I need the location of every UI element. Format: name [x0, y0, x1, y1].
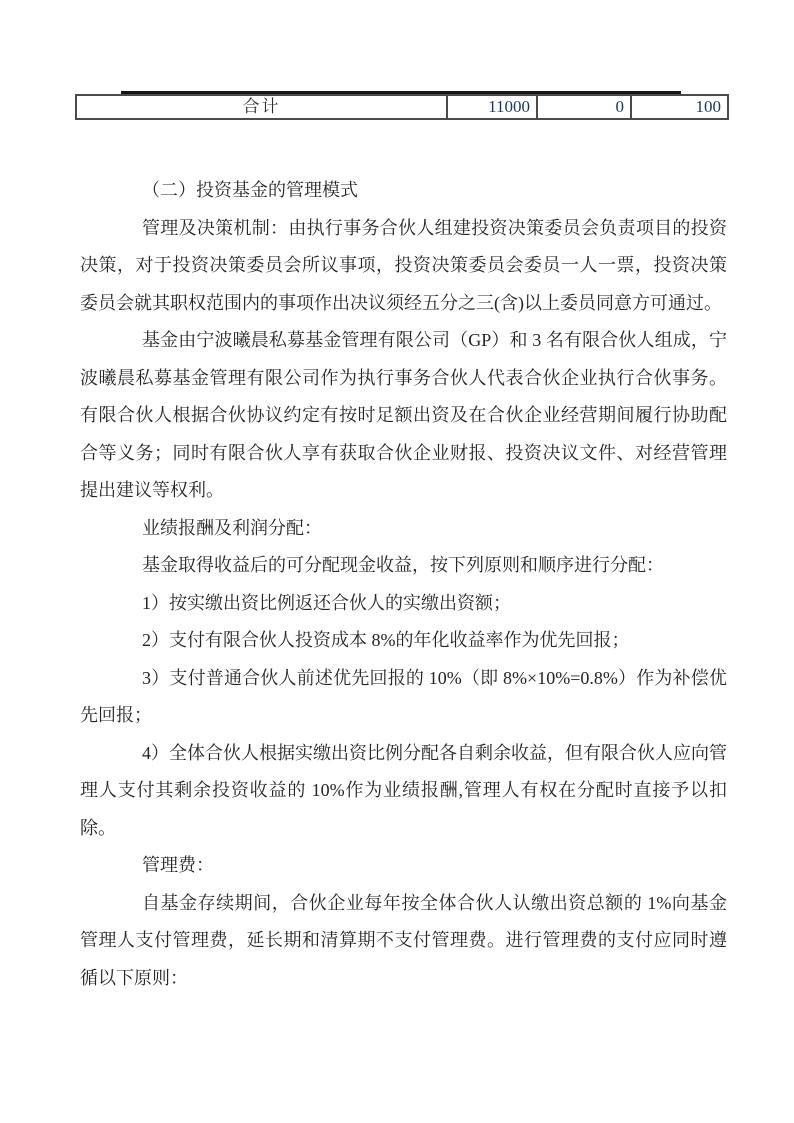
paragraph-item-2: 2）支付有限合伙人投资成本 8%的年化收益率作为优先回报； [80, 622, 727, 660]
paragraph-management-fee-detail: 自基金存续期间，合伙企业每年按全体合伙人认缴出资总额的 1%向基金管理人支付管理… [80, 885, 727, 998]
paragraph-distribution-intro: 基金取得收益后的可分配现金收益，按下列原则和顺序进行分配： [80, 547, 727, 585]
document-body: （二）投资基金的管理模式 管理及决策机制：由执行事务合伙人组建投资决策委员会负责… [80, 172, 727, 997]
paragraph-item-3: 3）支付普通合伙人前述优先回报的 10%（即 8%×10%=0.8%）作为补偿优… [80, 660, 727, 735]
table-cell-ratio: 100 [632, 96, 727, 118]
table-cell-total-label: 合计 [77, 96, 448, 118]
table-cell-paid-amount: 0 [538, 96, 632, 118]
paragraph-management-fee-heading: 管理费： [80, 847, 727, 885]
table-cell-subscribed-amount: 11000 [448, 96, 538, 118]
paragraph-performance-heading: 业绩报酬及利润分配： [80, 510, 727, 548]
document-page: 合计 11000 0 100 （二）投资基金的管理模式 管理及决策机制：由执行事… [0, 0, 794, 1123]
paragraph-fund-composition: 基金由宁波曦晨私募基金管理有限公司（GP）和 3 名有限合伙人组成，宁波曦晨私募… [80, 322, 727, 510]
section-heading: （二）投资基金的管理模式 [80, 172, 727, 210]
summary-table-row: 合计 11000 0 100 [75, 94, 729, 120]
paragraph-management-mechanism: 管理及决策机制：由执行事务合伙人组建投资决策委员会负责项目的投资决策，对于投资决… [80, 210, 727, 323]
paragraph-item-4: 4）全体合伙人根据实缴出资比例分配各自剩余收益，但有限合伙人应向管理人支付其剩余… [80, 735, 727, 848]
paragraph-item-1: 1）按实缴出资比例返还合伙人的实缴出资额； [80, 585, 727, 623]
